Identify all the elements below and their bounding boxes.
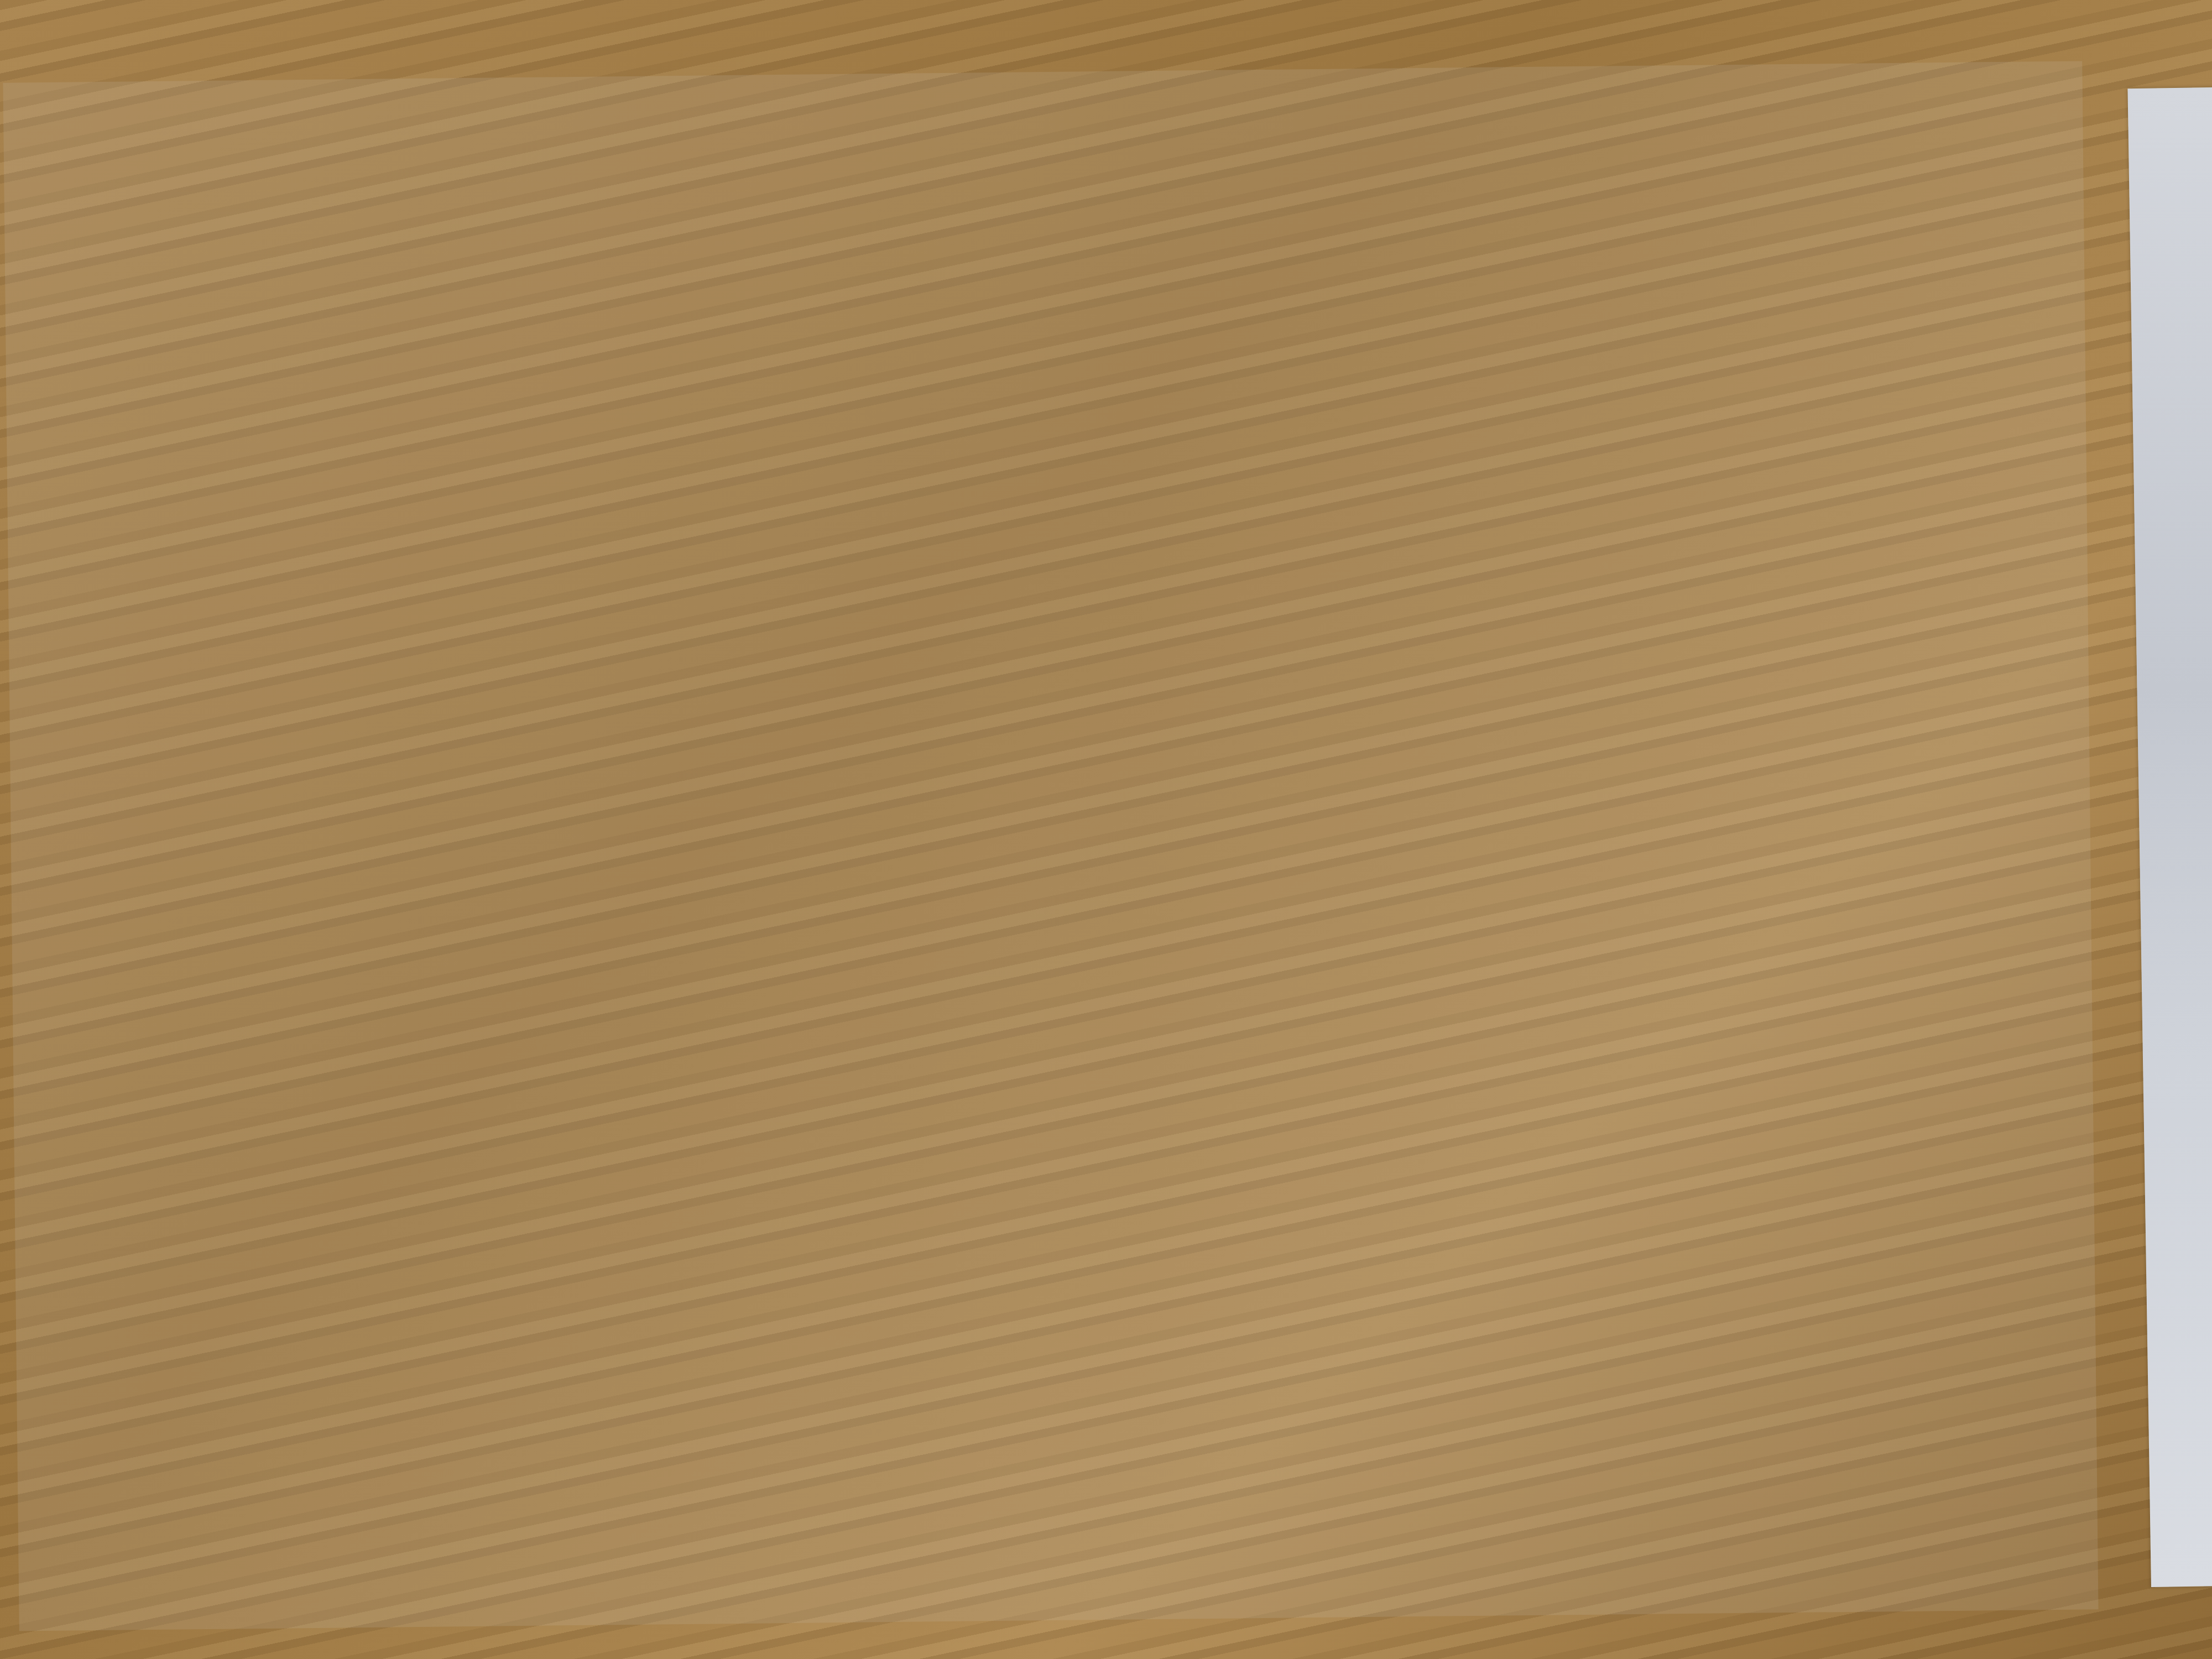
certificate-page: 원본대조필(인) 평 입/퇴원 증명서 병록번호 00088911 연 번 호 … (2127, 57, 2212, 1587)
plastic-sleeve (3, 61, 2098, 1631)
